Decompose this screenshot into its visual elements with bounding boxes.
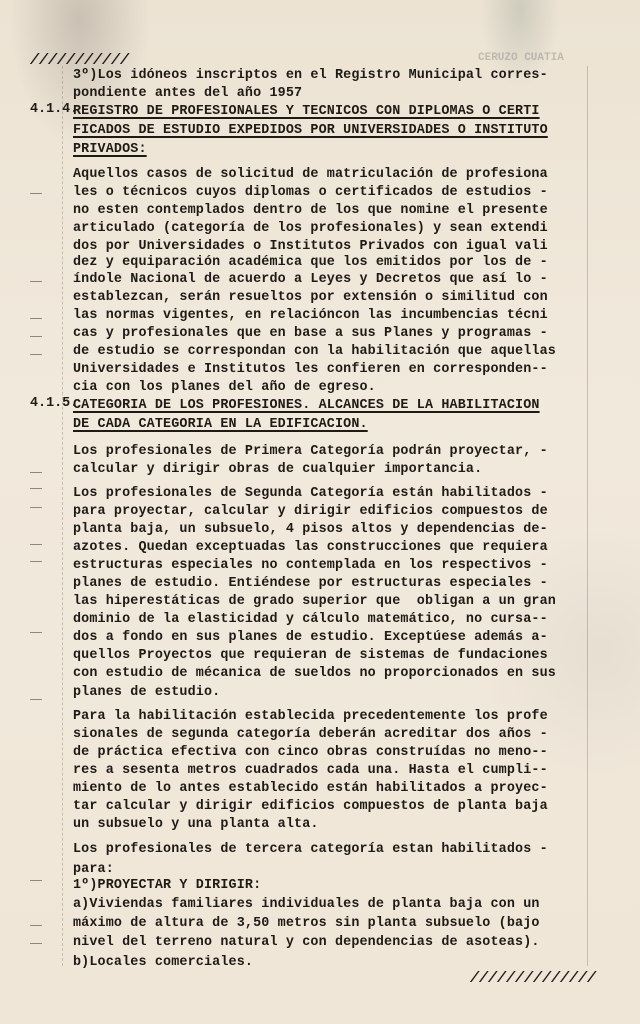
section-414-body-line: de estudio se correspondan con la habili… bbox=[73, 342, 556, 361]
section-415-title-line-1: CATEGORIA DE LOS PROFESIONES. ALCANCES D… bbox=[73, 396, 540, 415]
section-414-title-line-1: REGISTRO DE PROFESIONALES Y TECNICOS CON… bbox=[73, 102, 540, 121]
segunda-categoria-line: dos a fondo en sus planes de estudio. Ex… bbox=[73, 628, 548, 647]
habilitacion-line: sionales de segunda categoría deberán ac… bbox=[73, 725, 548, 744]
tercera-categoria-line: 1º)PROYECTAR Y DIRIGIR: bbox=[73, 876, 261, 895]
segunda-categoria-line: estructuras especiales no contemplada en… bbox=[73, 556, 548, 575]
section-414-body-line: Universidades e Institutos les confieren… bbox=[73, 360, 548, 379]
margin-mark bbox=[30, 925, 42, 926]
section-414-body-line: no esten contemplados dentro de los que … bbox=[73, 201, 548, 220]
tercera-categoria-line: Los profesionales de tercera categoría e… bbox=[73, 840, 548, 859]
section-414-title-line-2: FICADOS DE ESTUDIO EXPEDIDOS POR UNIVERS… bbox=[73, 121, 548, 140]
segunda-categoria-line: con estudio de mécanica de sueldos no pr… bbox=[73, 664, 556, 683]
margin-mark bbox=[30, 943, 42, 944]
section-414-body-line: las normas vigentes, en relacióncon las … bbox=[73, 306, 548, 325]
margin-mark bbox=[30, 472, 42, 473]
segunda-categoria-line: planes de estudio. Entiéndese por estruc… bbox=[73, 574, 548, 593]
tercera-categoria-line: b)Locales comerciales. bbox=[73, 953, 253, 972]
section-414-body-line: Aquellos casos de solicitud de matricula… bbox=[73, 165, 548, 184]
section-414-title-line-3: PRIVADOS: bbox=[73, 140, 147, 159]
segunda-categoria-line: planes de estudio. bbox=[73, 683, 220, 702]
margin-mark bbox=[30, 488, 42, 489]
section-415-title-line-2: DE CADA CATEGORIA EN LA EDIFICACION. bbox=[73, 415, 368, 434]
tercera-categoria-line: nivel del terreno natural y con dependen… bbox=[73, 933, 540, 952]
margin-mark bbox=[30, 632, 42, 633]
primera-categoria-line: Los profesionales de Primera Categoría p… bbox=[73, 442, 548, 461]
segunda-categoria-line: las hiperestáticas de grado superior que… bbox=[73, 592, 556, 611]
margin-mark bbox=[30, 336, 42, 337]
primera-categoria-line: calcular y dirigir obras de cualquier im… bbox=[73, 460, 482, 479]
section-414-body-line: articulado (categoría de los profesional… bbox=[73, 219, 548, 238]
section-414-body-line: establezcan, serán resueltos por extensi… bbox=[73, 288, 548, 307]
margin-mark bbox=[30, 561, 42, 562]
section-414-number: 4.1.4. bbox=[30, 102, 78, 117]
habilitacion-line: res a sesenta metros cuadrados cada una.… bbox=[73, 761, 548, 780]
segunda-categoria-line: planta baja, un subsuelo, 4 pisos altos … bbox=[73, 520, 548, 539]
tercera-categoria-line: máximo de altura de 3,50 metros sin plan… bbox=[73, 914, 540, 933]
margin-mark bbox=[30, 193, 42, 194]
habilitacion-line: un subsuelo y una planta alta. bbox=[73, 815, 319, 834]
habilitacion-line: tar calcular y dirigir edificios compues… bbox=[73, 797, 548, 816]
segunda-categoria-line: quellos Proyectos que requieran de siste… bbox=[73, 646, 548, 665]
section-414-body-line: cia con los planes del año de egreso. bbox=[73, 378, 376, 397]
margin-mark bbox=[30, 318, 42, 319]
margin-mark bbox=[30, 507, 42, 508]
margin-mark bbox=[30, 354, 42, 355]
item-3-line-1: 3º)Los idóneos inscriptos en el Registro… bbox=[73, 66, 548, 85]
segunda-categoria-line: para proyectar, calcular y dirigir edifi… bbox=[73, 502, 548, 521]
habilitacion-line: miento de lo antes establecido están hab… bbox=[73, 779, 548, 798]
section-414-body-line: cas y profesionales que en base a sus Pl… bbox=[73, 324, 548, 343]
habilitacion-line: de práctica efectiva con cinco obras con… bbox=[73, 743, 548, 762]
tercera-categoria-line: a)Viviendas familiares individuales de p… bbox=[73, 895, 540, 914]
margin-mark bbox=[30, 880, 42, 881]
section-414-body-line: les o técnicos cuyos diplomas o certific… bbox=[73, 183, 548, 202]
margin-mark bbox=[30, 544, 42, 545]
habilitacion-line: Para la habilitación establecida precede… bbox=[73, 707, 548, 726]
bleed-through-stamp: CERUZO CUATIA bbox=[478, 52, 564, 64]
section-414-body-line: índole Nacional de acuerdo a Leyes y Dec… bbox=[73, 270, 548, 289]
bottom-slash-mark: ////////////// bbox=[470, 970, 596, 987]
segunda-categoria-line: azotes. Quedan exceptuadas las construcc… bbox=[73, 538, 548, 557]
segunda-categoria-line: Los profesionales de Segunda Categoría e… bbox=[73, 484, 548, 503]
margin-mark bbox=[30, 699, 42, 700]
margin-mark bbox=[30, 281, 42, 282]
item-3-line-2: pondiente antes del año 1957 bbox=[73, 84, 302, 103]
segunda-categoria-line: dominio de la elasticidad y cálculo mate… bbox=[73, 610, 548, 629]
section-415-number: 4.1.5. bbox=[30, 396, 78, 411]
